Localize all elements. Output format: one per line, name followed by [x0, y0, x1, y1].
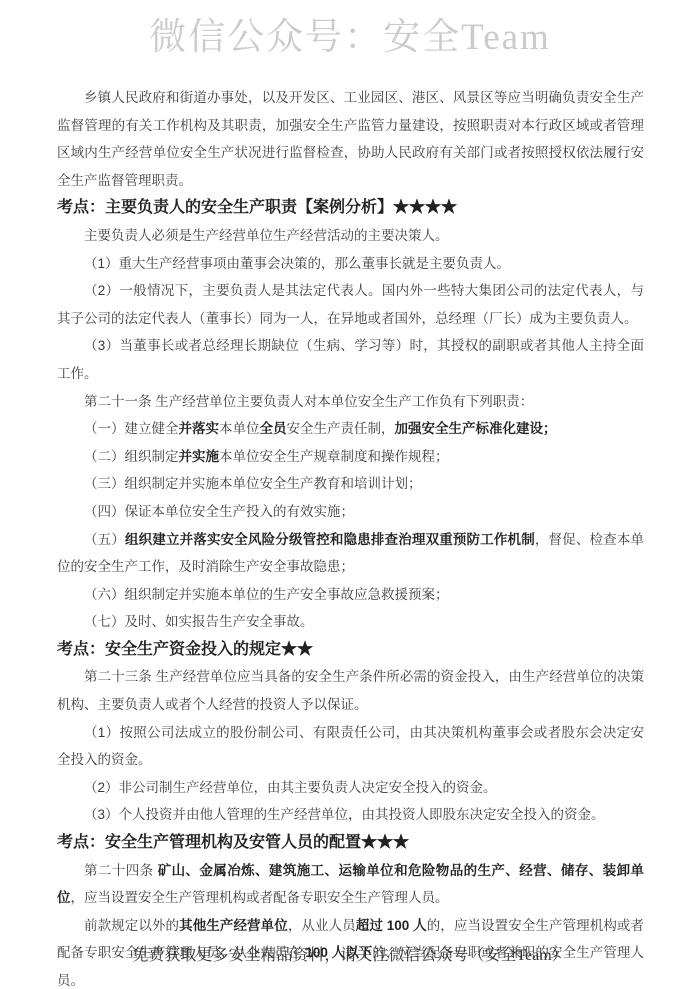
- paragraph: （六）组织制定并实施本单位的生产安全事故应急救援预案；: [57, 581, 644, 609]
- body-text: （1）按照公司法成立的股份制公司、有限责任公司，由其决策机构董事会或者股东会决定…: [57, 725, 644, 768]
- section-heading: 考点：主要负责人的安全生产职责【案例分析】★★★★: [57, 194, 644, 222]
- emphasized-text: 超过 100 人: [356, 918, 427, 933]
- watermark-header: 微信公众号：安全Team: [0, 6, 700, 60]
- body-text: （四）保证本单位安全生产投入的有效实施；: [84, 504, 354, 519]
- body-text: （一）建立健全: [84, 421, 179, 436]
- body-text: （二）组织制定: [84, 449, 179, 464]
- paragraph: （七）及时、如实报告生产安全事故。: [57, 608, 644, 636]
- paragraph: （三）组织制定并实施本单位安全生产教育和培训计划；: [57, 470, 644, 498]
- body-text: 安全生产责任制，: [287, 421, 395, 436]
- footer-note: 免费获取更多安全精品资料，请关注微信公众号（安全Team）: [0, 942, 700, 965]
- body-text: （2）一般情况下，主要负责人是其法定代表人。国内外一些特大集团公司的法定代表人，…: [57, 283, 644, 326]
- emphasized-text: 其他生产经营单位: [179, 918, 288, 933]
- body-text: （三）组织制定并实施本单位安全生产教育和培训计划；: [84, 476, 422, 491]
- paragraph: 主要负责人必须是生产经营单位生产经营活动的主要决策人。: [57, 222, 644, 250]
- paragraph: 第二十四条 矿山、金属冶炼、建筑施工、运输单位和危险物品的生产、经营、储存、装卸…: [57, 857, 644, 912]
- body-text: （1）重大生产经营事项由董事会决策的，那么董事长就是主要负责人。: [84, 256, 510, 271]
- body-text: 第二十一条 生产经营单位主要负责人对本单位安全生产工作负有下列职责：: [84, 394, 533, 409]
- emphasized-text: 组织建立并落实安全风险分级管控和隐患排查治理双重预防工作机制: [125, 532, 535, 547]
- paragraph: （一）建立健全并落实本单位全员安全生产责任制，加强安全生产标准化建设；: [57, 415, 644, 443]
- body-text: 考点：安全生产管理机构及安管人员的配置★★★: [57, 834, 409, 851]
- document-body: 乡镇人民政府和街道办事处，以及开发区、工业园区、港区、风景区等应当明确负责安全生…: [57, 84, 644, 989]
- body-text: （3）当董事长或者总经理长期缺位（生病、学习等）时，其授权的副职或者其他人主持全…: [57, 338, 644, 381]
- paragraph: 第二十三条 生产经营单位应当具备的安全生产条件所必需的资金投入，由生产经营单位的…: [57, 663, 644, 718]
- paragraph: （1）重大生产经营事项由董事会决策的，那么董事长就是主要负责人。: [57, 250, 644, 278]
- body-text: 主要负责人必须是生产经营单位生产经营活动的主要决策人。: [84, 228, 449, 243]
- body-text: 本单位: [219, 421, 260, 436]
- body-text: 第二十四条: [84, 863, 158, 878]
- emphasized-text: 全员: [260, 421, 287, 436]
- paragraph: 第二十一条 生产经营单位主要负责人对本单位安全生产工作负有下列职责：: [57, 388, 644, 416]
- body-text: （七）及时、如实报告生产安全事故。: [84, 614, 314, 629]
- body-text: 前款规定以外的: [84, 918, 179, 933]
- paragraph: （2）一般情况下，主要负责人是其法定代表人。国内外一些特大集团公司的法定代表人，…: [57, 277, 644, 332]
- paragraph: 乡镇人民政府和街道办事处，以及开发区、工业园区、港区、风景区等应当明确负责安全生…: [57, 84, 644, 194]
- body-text: 乡镇人民政府和街道办事处，以及开发区、工业园区、港区、风景区等应当明确负责安全生…: [57, 90, 644, 188]
- body-text: 本单位安全生产规章制度和操作规程；: [219, 449, 449, 464]
- emphasized-text: 并落实: [179, 421, 220, 436]
- body-text: ，从业人员: [288, 918, 356, 933]
- body-text: 考点：安全生产资金投入的规定★★: [57, 641, 313, 658]
- paragraph: （2）非公司制生产经营单位，由其主要负责人决定安全投入的资金。: [57, 774, 644, 802]
- paragraph: （3）当董事长或者总经理长期缺位（生病、学习等）时，其授权的副职或者其他人主持全…: [57, 332, 644, 387]
- body-text: （3）个人投资并由他人管理的生产经营单位，由其投资人即股东决定安全投入的资金。: [84, 807, 605, 822]
- paragraph: （1）按照公司法成立的股份制公司、有限责任公司，由其决策机构董事会或者股东会决定…: [57, 719, 644, 774]
- paragraph: （3）个人投资并由他人管理的生产经营单位，由其投资人即股东决定安全投入的资金。: [57, 801, 644, 829]
- section-heading: 考点：安全生产管理机构及安管人员的配置★★★: [57, 829, 644, 857]
- emphasized-text: 并实施: [179, 449, 220, 464]
- emphasized-text: 加强安全生产标准化建设；: [395, 421, 557, 436]
- body-text: 第二十三条 生产经营单位应当具备的安全生产条件所必需的资金投入，由生产经营单位的…: [57, 669, 644, 712]
- body-text: 考点：主要负责人的安全生产职责【案例分析】★★★★: [57, 199, 457, 216]
- body-text: （六）组织制定并实施本单位的生产安全事故应急救援预案；: [84, 587, 449, 602]
- body-text: （2）非公司制生产经营单位，由其主要负责人决定安全投入的资金。: [84, 780, 497, 795]
- section-heading: 考点：安全生产资金投入的规定★★: [57, 636, 644, 664]
- paragraph: （五）组织建立并落实安全风险分级管控和隐患排查治理双重预防工作机制，督促、检查本…: [57, 526, 644, 581]
- body-text: ，应当设置安全生产管理机构或者配备专职安全生产管理人员。: [71, 890, 449, 905]
- body-text: （五）: [84, 532, 125, 547]
- paragraph: （四）保证本单位安全生产投入的有效实施；: [57, 498, 644, 526]
- paragraph: （二）组织制定并实施本单位安全生产规章制度和操作规程；: [57, 443, 644, 471]
